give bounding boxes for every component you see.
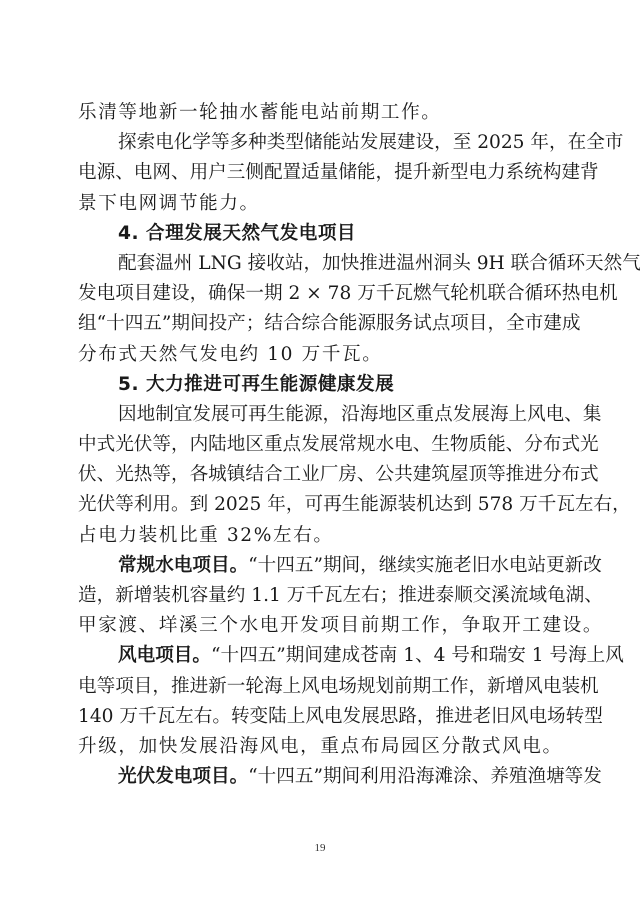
paragraph-line: 常规水电项目。 “十四五”期间，继续实施老旧水电站更新改 [78,551,562,581]
subsection-label-wind: 风电项目。 [118,641,211,671]
document-body: 乐清等地新一轮抽水蓄能电站前期工作。 探索电化学等多种类型储能站发展建设，至 2… [78,98,562,792]
paragraph-line: 光伏等利用。到 2025 年，可再生能源装机达到 578 万千瓦左右， [78,490,562,520]
paragraph-text: “十四五”期间，继续实施老旧水电站更新改 [248,551,602,581]
paragraph-line: 景下电网调节能力。 [78,189,562,219]
paragraph-line: 探索电化学等多种类型储能站发展建设，至 2025 年，在全市 [78,128,562,158]
section-heading-4: 4. 合理发展天然气发电项目 [78,219,562,249]
paragraph-line: 140 万千瓦左右。转变陆上风电发展思路，推进老旧风电场转型 [78,702,562,732]
paragraph-line: 风电项目。 “十四五”期间建成苍南 1、4 号和瑞安 1 号海上风 [78,641,562,671]
paragraph-line: 中式光伏等，内陆地区重点发展常规水电、生物质能、分布式光 [78,430,562,460]
paragraph-line: 伏、光热等，各城镇结合工业厂房、公共建筑屋顶等推进分布式 [78,460,562,490]
paragraph-line: 配套温州 LNG 接收站，加快推进温州洞头 9H 联合循环天然气 [78,249,562,279]
paragraph-text: “十四五”期间利用沿海滩涂、养殖渔塘等发 [248,762,602,792]
paragraph-line: 造，新增装机容量约 1.1 万千瓦左右；推进泰顺交溪流域龟湖、 [78,581,562,611]
paragraph-line: 光伏发电项目。 “十四五”期间利用沿海滩涂、养殖渔塘等发 [78,762,562,792]
paragraph-line: 分布式天然气发电约 10 万千瓦。 [78,340,562,370]
paragraph-line: 占电力装机比重 32%左右。 [78,521,562,551]
paragraph-line: 电源、电网、用户三侧配置适量储能，提升新型电力系统构建背 [78,158,562,188]
subsection-label-hydro: 常规水电项目。 [118,551,248,581]
paragraph-line: 因地制宜发展可再生能源，沿海地区重点发展海上风电、集 [78,400,562,430]
paragraph-text: “十四五”期间建成苍南 1、4 号和瑞安 1 号海上风 [211,641,624,671]
paragraph-line: 组“十四五”期间投产；结合综合能源服务试点项目，全市建成 [78,309,562,339]
paragraph-line: 发电项目建设，确保一期 2 × 78 万千瓦燃气轮机联合循环热电机 [78,279,562,309]
paragraph-line: 升级，加快发展沿海风电，重点布局园区分散式风电。 [78,732,562,762]
section-heading-5: 5. 大力推进可再生能源健康发展 [78,370,562,400]
page-number: 19 [0,842,640,854]
subsection-label-solar: 光伏发电项目。 [118,762,248,792]
paragraph-line: 乐清等地新一轮抽水蓄能电站前期工作。 [78,98,562,128]
paragraph-line: 电等项目，推进新一轮海上风电场规划前期工作，新增风电装机 [78,672,562,702]
paragraph-line: 甲家渡、垟溪三个水电开发项目前期工作，争取开工建设。 [78,611,562,641]
